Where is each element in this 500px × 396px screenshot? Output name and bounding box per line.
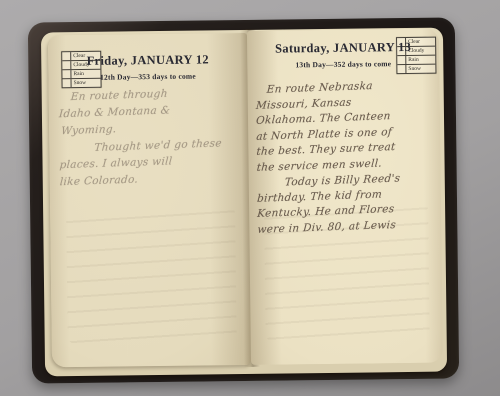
diary-book-cover: Clear Cloudy Rain Snow Friday, JANUARY 1… bbox=[28, 17, 459, 383]
left-page: Clear Cloudy Rain Snow Friday, JANUARY 1… bbox=[48, 33, 251, 367]
diary-entry: En route Nebraska Missouri, Kansas Oklah… bbox=[256, 81, 440, 238]
scanned-photo-background: Clear Cloudy Rain Snow Friday, JANUARY 1… bbox=[0, 0, 500, 396]
page-title: Saturday, JANUARY 13 bbox=[247, 40, 439, 57]
page-title: Friday, JANUARY 12 bbox=[48, 52, 247, 69]
diary-entry: En route through Idaho & Montana & Wyomi… bbox=[59, 87, 245, 191]
right-page: Clear Cloudy Rain Snow Saturday, JANUARY… bbox=[247, 29, 443, 365]
page-subtitle: 12th Day—353 days to come bbox=[48, 71, 247, 82]
